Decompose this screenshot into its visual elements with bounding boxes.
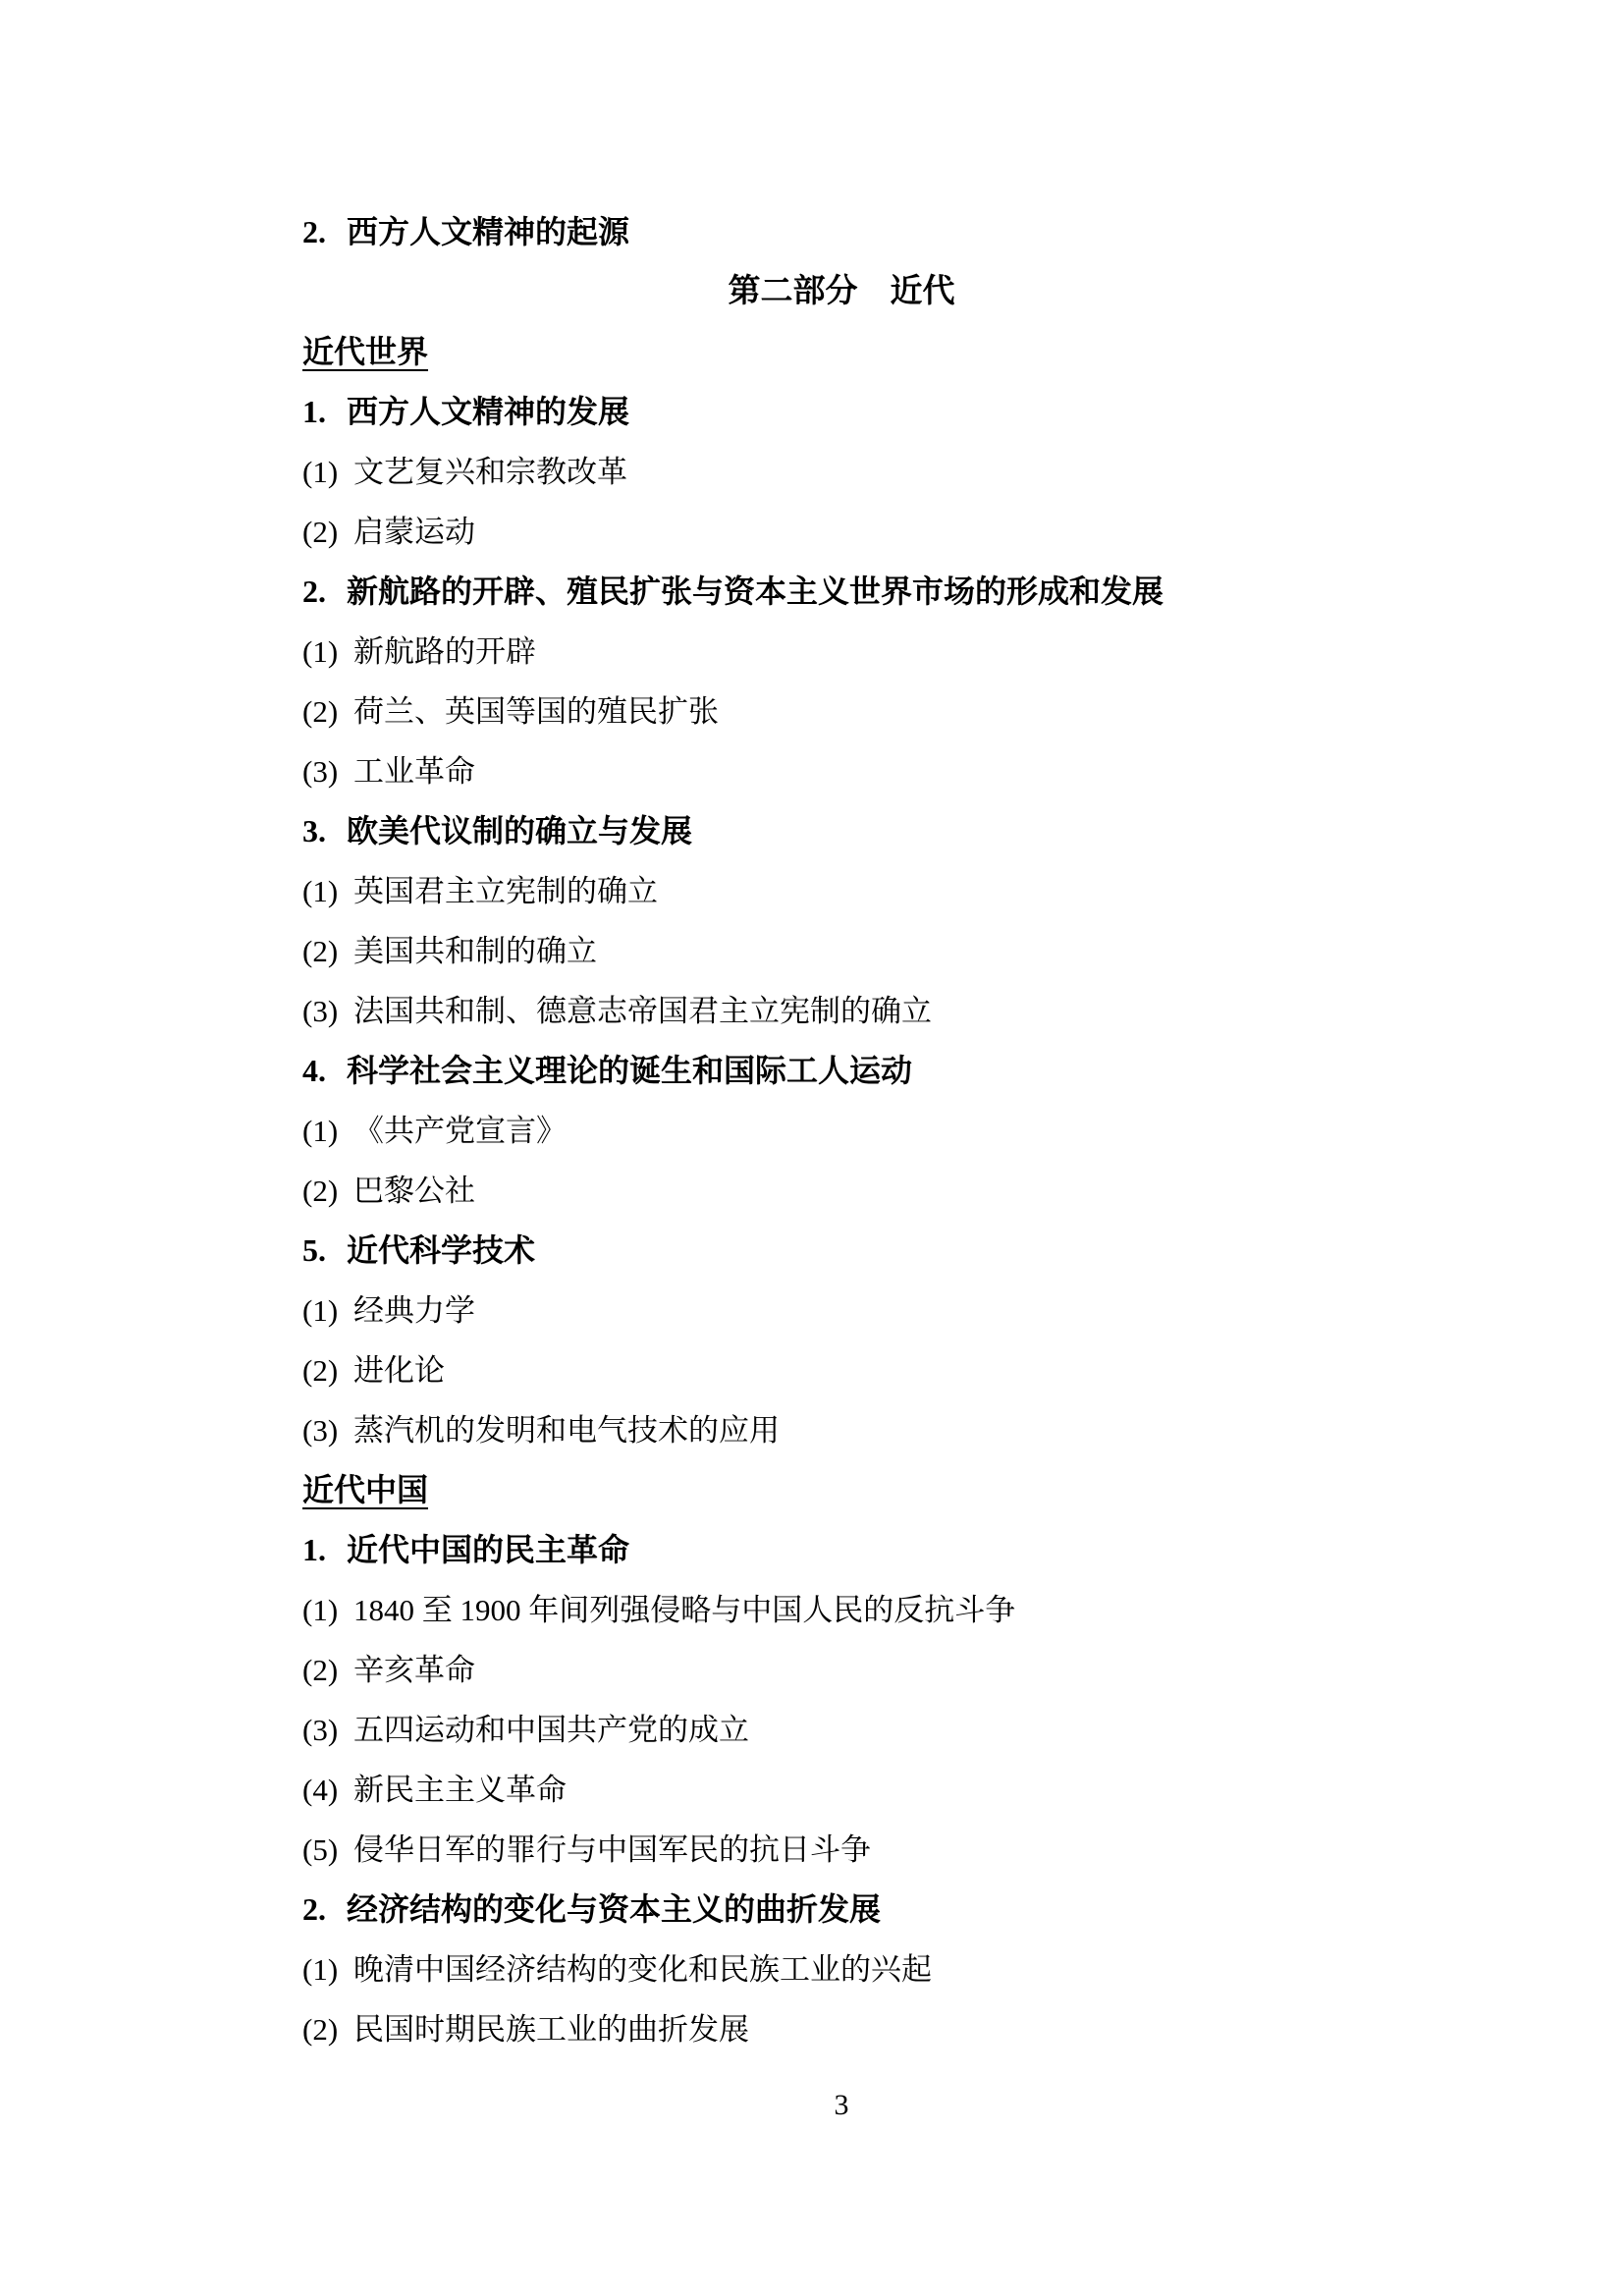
- line-text: 进化论: [353, 1353, 445, 1388]
- line-text: 西方人文精神的发展: [347, 394, 629, 429]
- line-text: 英国君主立宪制的确立: [353, 874, 658, 908]
- line-text: 文艺复兴和宗教改革: [353, 455, 627, 489]
- line-number: (2): [302, 921, 353, 981]
- line-number: 1.: [302, 1520, 347, 1580]
- period-heading: 近代中国: [302, 1460, 1380, 1520]
- line-text: 近代中国的民主革命: [347, 1532, 629, 1567]
- line-number: (1): [302, 622, 353, 682]
- line-text: 《共产党宣言》: [353, 1114, 567, 1148]
- line-number: (1): [302, 861, 353, 921]
- line-number: 1.: [302, 382, 347, 442]
- line-number: (2): [302, 1161, 353, 1221]
- line-number: (2): [302, 1640, 353, 1700]
- list-item: (1)英国君主立宪制的确立: [302, 861, 1380, 921]
- line-text: 晚清中国经济结构的变化和民族工业的兴起: [353, 1952, 932, 1987]
- section-title: 2.经济结构的变化与资本主义的曲折发展: [302, 1880, 1380, 1940]
- line-text: 经典力学: [353, 1293, 475, 1328]
- section-title: 2.西方人文精神的起源: [302, 202, 1380, 262]
- list-item: (3)五四运动和中国共产党的成立: [302, 1700, 1380, 1760]
- line-number: 2.: [302, 1880, 347, 1940]
- line-number: (1): [302, 1101, 353, 1161]
- line-number: (2): [302, 502, 353, 562]
- line-number: (3): [302, 1700, 353, 1760]
- line-text: 蒸汽机的发明和电气技术的应用: [353, 1413, 780, 1448]
- section-title: 1.西方人文精神的发展: [302, 382, 1380, 442]
- part-title: 第二部分 近代: [302, 262, 1380, 322]
- line-text: 1840 至 1900 年间列强侵略与中国人民的反抗斗争: [353, 1593, 1015, 1627]
- section-title: 4.科学社会主义理论的诞生和国际工人运动: [302, 1041, 1380, 1101]
- line-text: 近代世界: [302, 334, 428, 369]
- list-item: (4)新民主主义革命: [302, 1760, 1380, 1820]
- list-item: (2)启蒙运动: [302, 502, 1380, 562]
- line-text: 民国时期民族工业的曲折发展: [353, 2012, 749, 2047]
- section-title: 3.欧美代议制的确立与发展: [302, 801, 1380, 861]
- list-item: (2)进化论: [302, 1340, 1380, 1400]
- line-text: 新航路的开辟、殖民扩张与资本主义世界市场的形成和发展: [347, 574, 1163, 609]
- line-number: 2.: [302, 202, 347, 262]
- line-text: 近代科学技术: [347, 1232, 535, 1268]
- section-title: 2.新航路的开辟、殖民扩张与资本主义世界市场的形成和发展: [302, 562, 1380, 622]
- line-text: 美国共和制的确立: [353, 934, 597, 968]
- list-item: (5)侵华日军的罪行与中国军民的抗日斗争: [302, 1820, 1380, 1880]
- list-item: (2)辛亥革命: [302, 1640, 1380, 1700]
- line-text: 巴黎公社: [353, 1174, 475, 1208]
- line-number: (2): [302, 682, 353, 741]
- section-title: 5.近代科学技术: [302, 1221, 1380, 1281]
- page-number: 3: [302, 2075, 1380, 2135]
- list-item: (3)工业革命: [302, 741, 1380, 801]
- line-text: 第二部分 近代: [729, 274, 955, 309]
- line-text: 近代中国: [302, 1472, 428, 1507]
- list-item: (2)民国时期民族工业的曲折发展: [302, 1999, 1380, 2059]
- list-item: (1)1840 至 1900 年间列强侵略与中国人民的反抗斗争: [302, 1580, 1380, 1640]
- list-item: (1)经典力学: [302, 1281, 1380, 1340]
- line-number: (4): [302, 1760, 353, 1820]
- line-number: (1): [302, 1580, 353, 1640]
- line-text: 荷兰、英国等国的殖民扩张: [353, 694, 719, 729]
- line-number: 2.: [302, 562, 347, 622]
- line-number: (3): [302, 1400, 353, 1460]
- line-number: (1): [302, 1940, 353, 1999]
- line-text: 辛亥革命: [353, 1653, 475, 1687]
- line-number: 5.: [302, 1221, 347, 1281]
- line-text: 启蒙运动: [353, 515, 475, 549]
- line-number: (2): [302, 1999, 353, 2059]
- line-text: 科学社会主义理论的诞生和国际工人运动: [347, 1053, 912, 1088]
- line-number: (3): [302, 741, 353, 801]
- line-number: (1): [302, 442, 353, 502]
- line-number: 4.: [302, 1041, 347, 1101]
- list-item: (2)巴黎公社: [302, 1161, 1380, 1221]
- line-number: (1): [302, 1281, 353, 1340]
- section-title: 1.近代中国的民主革命: [302, 1520, 1380, 1580]
- list-item: (1)晚清中国经济结构的变化和民族工业的兴起: [302, 1940, 1380, 1999]
- line-number: 3.: [302, 801, 347, 861]
- line-number: (5): [302, 1820, 353, 1880]
- line-text: 西方人文精神的起源: [347, 214, 629, 249]
- list-item: (1)《共产党宣言》: [302, 1101, 1380, 1161]
- line-number: (3): [302, 981, 353, 1041]
- line-text: 欧美代议制的确立与发展: [347, 813, 692, 848]
- line-text: 侵华日军的罪行与中国军民的抗日斗争: [353, 1832, 871, 1867]
- line-text: 新民主主义革命: [353, 1773, 567, 1807]
- list-item: (3)法国共和制、德意志帝国君主立宪制的确立: [302, 981, 1380, 1041]
- document-content: 2.西方人文精神的起源第二部分 近代近代世界1.西方人文精神的发展(1)文艺复兴…: [302, 202, 1380, 2059]
- line-text: 法国共和制、德意志帝国君主立宪制的确立: [353, 994, 932, 1028]
- line-number: (2): [302, 1340, 353, 1400]
- line-text: 经济结构的变化与资本主义的曲折发展: [347, 1891, 881, 1927]
- list-item: (2)荷兰、英国等国的殖民扩张: [302, 682, 1380, 741]
- period-heading: 近代世界: [302, 322, 1380, 382]
- list-item: (2)美国共和制的确立: [302, 921, 1380, 981]
- document-page: 2.西方人文精神的起源第二部分 近代近代世界1.西方人文精神的发展(1)文艺复兴…: [0, 0, 1623, 2296]
- line-text: 五四运动和中国共产党的成立: [353, 1713, 749, 1747]
- list-item: (1)新航路的开辟: [302, 622, 1380, 682]
- list-item: (3)蒸汽机的发明和电气技术的应用: [302, 1400, 1380, 1460]
- line-text: 工业革命: [353, 754, 475, 789]
- line-text: 新航路的开辟: [353, 634, 536, 669]
- list-item: (1)文艺复兴和宗教改革: [302, 442, 1380, 502]
